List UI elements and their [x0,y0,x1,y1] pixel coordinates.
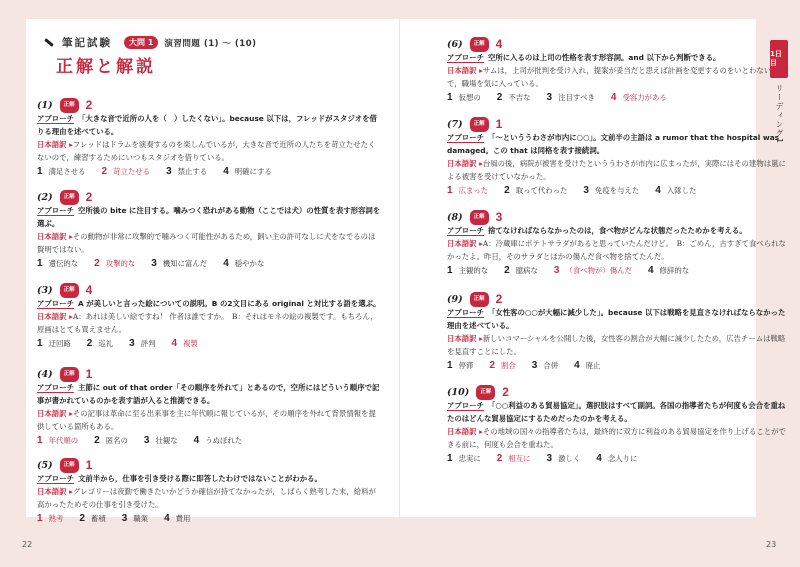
question-block: (6) 正解 4 アプローチ空所に入るのは上司の性格を表す形容詞。and 以下か… [447,37,792,104]
translation-label: 日本語訳 ▸ [447,159,483,168]
choice-text: うぬぼれた [205,434,242,447]
correct-answer: 1 [86,368,93,381]
choice-text: 満足させる [49,165,86,178]
choice-text: 職業 [133,512,148,525]
choice-item: 2 巡礼 [87,337,113,350]
choice-number: 3 [129,337,135,350]
question-block: (7) 正解 1 アプローチ「～といううわさが市内に○○」。文前半の主語は a … [447,117,792,197]
question-number: (2) [37,191,53,204]
choice-text: 廃止 [586,359,601,372]
choice-list: 1 停滞 2 割合 3 合併 4 廃止 [447,359,792,372]
translation-row: 日本語訳 ▸台風の後，病院が被害を受けたといううわさが市内に広まったが，実際には… [447,157,792,183]
choice-item: 2 取って代わった [504,184,567,197]
choice-number: 3 [166,165,172,178]
correct-answer: 1 [496,118,503,131]
choice-text: 仮想の [459,91,481,104]
choice-item: 1 仮想の [447,91,481,104]
correct-badge: 正解 [60,367,79,382]
choice-item: 4 受容力がある [611,91,667,104]
question-number: (6) [447,38,463,51]
choice-text: 合併 [543,359,558,372]
choice-text: 免疫を与えた [595,184,639,197]
correct-answer: 3 [496,211,503,224]
correct-badge: 正解 [470,117,489,132]
translation-row: 日本語訳 ▸A：あれは美しい絵ですね！ 作者は誰ですか。 B：それはモネの絵の複… [37,310,382,336]
choice-item: 4 廃止 [574,359,600,372]
approach-label: アプローチ [447,401,484,411]
choice-text: 複製 [183,337,198,350]
approach-label: アプローチ [447,226,484,236]
choice-text: 匿名の [106,434,128,447]
choice-text: 念入りに [608,452,638,465]
choice-text: 主観的な [459,264,489,277]
choice-number: 4 [164,512,170,525]
choice-list: 1 熟考 2 蓄積 3 職業 4 費用 [37,512,382,525]
day-tab[interactable]: 1日目 [770,40,788,78]
choice-number: 2 [79,512,85,525]
choice-number: 4 [655,184,661,197]
translation-text: A：冷蔵庫にポテトサラダがあると思っていたんだけど。 B：ごめん，古すぎて食べら… [447,239,786,261]
choice-number: 2 [497,452,503,465]
choice-number: 1 [447,264,453,277]
choice-text: 巡礼 [98,337,113,350]
choice-number: 4 [171,337,177,350]
choice-number: 3 [583,184,589,197]
choice-text: 評判 [141,337,156,350]
choice-number: 1 [447,91,453,104]
choice-item: 3 壮観な [144,434,178,447]
question-header: (1) 正解 2 [37,98,382,112]
approach-text: 空所に入るのは上司の性格を表す形容詞。and 以下から判断できる。 [488,53,720,62]
choice-number: 3 [151,257,157,270]
choice-item: 2 蓄積 [79,512,105,525]
section-title: 筆記試験 [62,35,112,50]
choice-item: 3 職業 [122,512,148,525]
correct-badge: 正解 [60,458,79,473]
choice-number: 4 [223,165,229,178]
choice-item: 4 うぬぼれた [194,434,243,447]
choice-item: 3 合併 [532,359,558,372]
choice-item: 2 匿名の [94,434,128,447]
choice-text: 壮観な [155,434,177,447]
choice-number: 3 [547,452,553,465]
choice-item: 4 複製 [171,337,197,350]
approach-row: アプローチ「大きな音で近所の人を（ ）したくない」。because 以下は，フレ… [37,112,382,138]
translation-label: 日本語訳 ▸ [37,232,73,241]
section-header: 筆記試験 大問 1 演習問題 (1) ～ (10) [44,35,257,50]
choice-item: 2 攻撃的な [94,257,135,270]
page-number-right: 23 [766,540,776,549]
page-number-left: 22 [22,540,32,549]
choice-list: 1 忠実に 2 相互に 3 激しく 4 念入りに [447,452,792,465]
choice-item: 1 迂回路 [37,337,71,350]
question-number: (8) [447,211,463,224]
choice-number: 3 [532,359,538,372]
question-header: (6) 正解 4 [447,37,792,51]
translation-row: 日本語訳 ▸フレッドはドラムを演奏するのを楽しんでいるが，大きな音で近所の人たち… [37,138,382,164]
choice-text: 忠実に [459,452,481,465]
translation-label: 日本語訳 ▸ [37,409,73,418]
choice-list: 1 年代順の 2 匿名の 3 壮観な 4 うぬぼれた [37,434,382,447]
choice-number: 4 [574,359,580,372]
choice-item: 1 主観的な [447,264,488,277]
approach-row: アプローチ空所後の bite に注目する。噛みつく恐れがある動物（ここでは犬）の… [37,204,382,230]
question-header: (8) 正解 3 [447,210,792,224]
choice-item: 3 注目すべき [547,91,595,104]
question-number: (3) [37,284,53,297]
approach-text: 「○○利益のある貿易協定」。選択肢はすべて副詞。各国の指導者たちが何度も会合を重… [447,401,785,423]
choice-item: 4 入隊した [655,184,696,197]
approach-row: アプローチ主節に out of that order「その順序を外れて」とあるの… [37,381,382,407]
choice-number: 4 [596,452,602,465]
translation-text: 台風の後，病院が被害を受けたといううわさが市内に広まったが，実際にはその建物は嵐… [447,159,786,181]
choice-item: 1 遺伝的な [37,257,78,270]
correct-answer: 2 [502,386,509,399]
approach-text: 「～といううわさが市内に○○」。文前半の主語は a rumor that the… [447,133,779,155]
choice-item: 3 激しく [547,452,581,465]
approach-text: 捨てなければならなかったのは，食べ物がどんな状態だったためかを考える。 [488,226,747,235]
pencil-icon [44,38,54,47]
correct-badge: 正解 [470,210,489,225]
approach-label: アプローチ [37,299,74,309]
translation-text: その地域の国々の指導者たちは，最終的に双方に利益のある貿易協定を作り上げることが… [447,427,786,449]
translation-label: 日本語訳 ▸ [447,239,483,248]
choice-item: 2 割合 [489,359,515,372]
correct-badge: 正解 [60,190,79,205]
translation-row: 日本語訳 ▸その地域の国々の指導者たちは，最終的に双方に利益のある貿易協定を作り… [447,425,792,451]
choice-number: 3 [144,434,150,447]
question-number: (5) [37,459,53,472]
choice-text: 注目すべき [558,91,595,104]
choice-text: 臆病な [516,264,538,277]
choice-number: 4 [611,91,617,104]
choice-number: 4 [194,434,200,447]
choice-number: 1 [37,512,43,525]
approach-text: 主節に out of that order「その順序を外れて」とあるので，空所に… [37,383,379,405]
choice-text: 蓄積 [91,512,106,525]
choice-item: 3 機知に富んだ [151,257,207,270]
choice-item: 4 費用 [164,512,190,525]
choice-item: 1 広まった [447,184,488,197]
correct-answer: 2 [86,99,93,112]
correct-badge: 正解 [60,98,79,113]
choice-item: 3 （食べ物が）傷んだ [554,264,632,277]
choice-list: 1 満足させる 2 苛立たせる 3 禁止する 4 明確にする [37,165,382,178]
question-number: (4) [37,368,53,381]
choice-item: 1 停滞 [447,359,473,372]
question-header: (9) 正解 2 [447,292,792,306]
question-block: (4) 正解 1 アプローチ主節に out of that order「その順序… [37,367,382,447]
choice-number: 3 [554,264,560,277]
choice-number: 2 [94,434,100,447]
choice-item: 4 念入りに [596,452,637,465]
translation-text: A：あれは美しい絵ですね！ 作者は誰ですか。 B：それはモネの絵の複製です。もち… [37,312,378,334]
choice-text: 苛立たせる [113,165,150,178]
choice-text: 禁止する [178,165,208,178]
question-block: (9) 正解 2 アプローチ「女性客の○○が大幅に減少した」。because 以… [447,292,792,372]
choice-number: 4 [648,264,654,277]
question-header: (3) 正解 4 [37,283,382,297]
translation-row: 日本語訳 ▸新しいコマーシャルを公開した後，女性客の割合が大幅に減少したため，広… [447,332,792,358]
choice-text: 熟考 [49,512,64,525]
translation-label: 日本語訳 ▸ [37,140,73,149]
approach-text: 「大きな音で近所の人を（ ）したくない」。because 以下は，フレッドがスタ… [37,114,377,136]
day-tab-label: 1日目 [770,50,788,68]
choice-text: 受容力がある [622,91,666,104]
choice-item: 2 不吉な [497,91,531,104]
translation-text: サムは，上司が批判を受け入れ，提案が妥当だと思えば計画を変更するのをいとわないの… [447,66,779,88]
choice-text: 費用 [176,512,191,525]
choice-item: 1 年代順の [37,434,78,447]
choice-number: 2 [489,359,495,372]
question-header: (5) 正解 1 [37,458,382,472]
approach-text: 空所後の bite に注目する。噛みつく恐れがある動物（ここでは犬）の性質を表す… [37,206,380,228]
choice-text: 広まった [459,184,489,197]
choice-list: 1 広まった 2 取って代わった 3 免疫を与えた 4 入隊した [447,184,792,197]
choice-number: 1 [37,257,43,270]
choice-text: 入隊した [667,184,697,197]
choice-number: 1 [447,184,453,197]
choice-item: 2 臆病な [504,264,538,277]
question-block: (8) 正解 3 アプローチ捨てなければならなかったのは，食べ物がどんな状態だっ… [447,210,792,277]
choice-item: 4 修辞的な [648,264,689,277]
approach-label: アプローチ [447,133,484,143]
approach-label: アプローチ [447,308,484,318]
correct-badge: 正解 [470,37,489,52]
page-gutter [399,19,400,517]
question-block: (2) 正解 2 アプローチ空所後の bite に注目する。噛みつく恐れがある動… [37,190,382,270]
approach-label: アプローチ [37,206,74,216]
choice-item: 1 熟考 [37,512,63,525]
question-header: (2) 正解 2 [37,190,382,204]
choice-number: 3 [122,512,128,525]
choice-number: 2 [497,91,503,104]
choice-text: 停滞 [459,359,474,372]
choice-item: 2 相互に [497,452,531,465]
translation-row: 日本語訳 ▸その動物が非常に攻撃的で噛みつく可能性があるため，飼い主の許可なしに… [37,230,382,256]
approach-label: アプローチ [37,383,74,393]
choice-text: 遺伝的な [49,257,79,270]
daimon-badge: 大問 1 [124,36,158,49]
question-block: (1) 正解 2 アプローチ「大きな音で近所の人を（ ）したくない」。becau… [37,98,382,178]
translation-text: 新しいコマーシャルを公開した後，女性客の割合が大幅に減少したため，広告チームは戦… [447,334,785,356]
choice-text: （食べ物が）傷んだ [565,264,632,277]
choice-item: 2 苛立たせる [102,165,151,178]
choice-number: 3 [547,91,553,104]
approach-row: アプローチ文前半から，仕事を引き受ける際に即答したわけではないことがわかる。 [37,472,382,485]
question-number: (7) [447,118,463,131]
choice-text: 不吉な [508,91,530,104]
translation-text: その動物が非常に攻撃的で噛みつく可能性があるため，飼い主の許可なしに犬をなでるの… [37,232,375,254]
choice-item: 3 評判 [129,337,155,350]
question-block: (5) 正解 1 アプローチ文前半から，仕事を引き受ける際に即答したわけではない… [37,458,382,525]
section-side-label: リーディング1 [774,84,785,144]
choice-text: 激しく [558,452,580,465]
choice-text: 取って代わった [516,184,568,197]
approach-label: アプローチ [37,474,74,484]
choice-number: 1 [447,452,453,465]
question-number: (1) [37,99,53,112]
translation-row: 日本語訳 ▸グレゴリーは夜勤で働きたいかどうか確信が持てなかったが，しばらく熟考… [37,485,382,511]
approach-text: A が美しいと言った絵についての説明。B の2文目にある original と対… [78,299,381,308]
approach-row: アプローチ「○○利益のある貿易協定」。選択肢はすべて副詞。各国の指導者たちが何度… [447,399,792,425]
choice-list: 1 迂回路 2 巡礼 3 評判 4 複製 [37,337,382,350]
choice-item: 3 免疫を与えた [583,184,639,197]
correct-answer: 2 [86,191,93,204]
correct-badge: 正解 [476,385,495,400]
section-subtitle: 演習問題 (1) ～ (10) [164,37,256,49]
choice-number: 1 [37,434,43,447]
choice-number: 4 [223,257,229,270]
choice-number: 2 [504,264,510,277]
choice-text: 年代順の [49,434,79,447]
translation-label: 日本語訳 ▸ [37,487,73,496]
approach-text: 「女性客の○○が大幅に減少した」。because 以下は戦略を見直さなければなら… [447,308,785,330]
choice-item: 1 忠実に [447,452,481,465]
correct-badge: 正解 [60,283,79,298]
question-header: (4) 正解 1 [37,367,382,381]
choice-number: 2 [102,165,108,178]
translation-text: グレゴリーは夜勤で働きたいかどうか確信が持てなかったが，しばらく熟考した末，給料… [37,487,376,509]
choice-number: 1 [37,165,43,178]
choice-text: 機知に富んだ [163,257,207,270]
approach-row: アプローチA が美しいと言った絵についての説明。B の2文目にある origin… [37,297,382,310]
choice-text: 穏やかな [235,257,265,270]
approach-row: アプローチ「～といううわさが市内に○○」。文前半の主語は a rumor tha… [447,131,792,157]
approach-row: アプローチ捨てなければならなかったのは，食べ物がどんな状態だったためかを考える。 [447,224,792,237]
translation-row: 日本語訳 ▸A：冷蔵庫にポテトサラダがあると思っていたんだけど。 B：ごめん，古… [447,237,792,263]
choice-item: 4 穏やかな [223,257,264,270]
approach-row: アプローチ「女性客の○○が大幅に減少した」。because 以下は戦略を見直さな… [447,306,792,332]
translation-label: 日本語訳 ▸ [37,312,73,321]
translation-label: 日本語訳 ▸ [447,334,483,343]
approach-text: 文前半から，仕事を引き受ける際に即答したわけではないことがわかる。 [78,474,322,483]
choice-item: 3 禁止する [166,165,207,178]
translation-row: 日本語訳 ▸サムは，上司が批判を受け入れ，提案が妥当だと思えば計画を変更するのを… [447,64,792,90]
choice-number: 1 [37,337,43,350]
question-number: (9) [447,293,463,306]
correct-answer: 4 [496,38,503,51]
correct-badge: 正解 [470,292,489,307]
question-number: (10) [447,386,469,399]
translation-label: 日本語訳 ▸ [447,66,483,75]
choice-number: 2 [504,184,510,197]
approach-row: アプローチ空所に入るのは上司の性格を表す形容詞。and 以下から判断できる。 [447,51,792,64]
correct-answer: 4 [86,284,93,297]
approach-label: アプローチ [37,114,74,124]
page-title: 正解と解説 [56,52,156,77]
question-header: (10) 正解 2 [447,385,792,399]
choice-item: 4 明確にする [223,165,272,178]
approach-label: アプローチ [447,53,484,63]
choice-list: 1 主観的な 2 臆病な 3 （食べ物が）傷んだ 4 修辞的な [447,264,792,277]
correct-answer: 1 [86,459,93,472]
choice-text: 明確にする [235,165,272,178]
choice-number: 2 [94,257,100,270]
translation-text: フレッドはドラムを演奏するのを楽しんでいるが，大きな音で近所の人たちを苛立たせた… [37,140,375,162]
choice-text: 迂回路 [49,337,71,350]
choice-text: 攻撃的な [106,257,136,270]
choice-item: 1 満足させる [37,165,86,178]
choice-text: 相互に [508,452,530,465]
choice-text: 修辞的な [660,264,690,277]
question-block: (10) 正解 2 アプローチ「○○利益のある貿易協定」。選択肢はすべて副詞。各… [447,385,792,465]
translation-text: その記事は革命に至る出来事を主に年代順に報じているが，その順序を外れて背景情報を… [37,409,376,431]
translation-label: 日本語訳 ▸ [447,427,483,436]
choice-text: 割合 [501,359,516,372]
question-header: (7) 正解 1 [447,117,792,131]
choice-number: 2 [87,337,93,350]
choice-number: 1 [447,359,453,372]
translation-row: 日本語訳 ▸その記事は革命に至る出来事を主に年代順に報じているが，その順序を外れ… [37,407,382,433]
choice-list: 1 遺伝的な 2 攻撃的な 3 機知に富んだ 4 穏やかな [37,257,382,270]
question-block: (3) 正解 4 アプローチA が美しいと言った絵についての説明。B の2文目に… [37,283,382,350]
choice-list: 1 仮想の 2 不吉な 3 注目すべき 4 受容力がある [447,91,792,104]
correct-answer: 2 [496,293,503,306]
